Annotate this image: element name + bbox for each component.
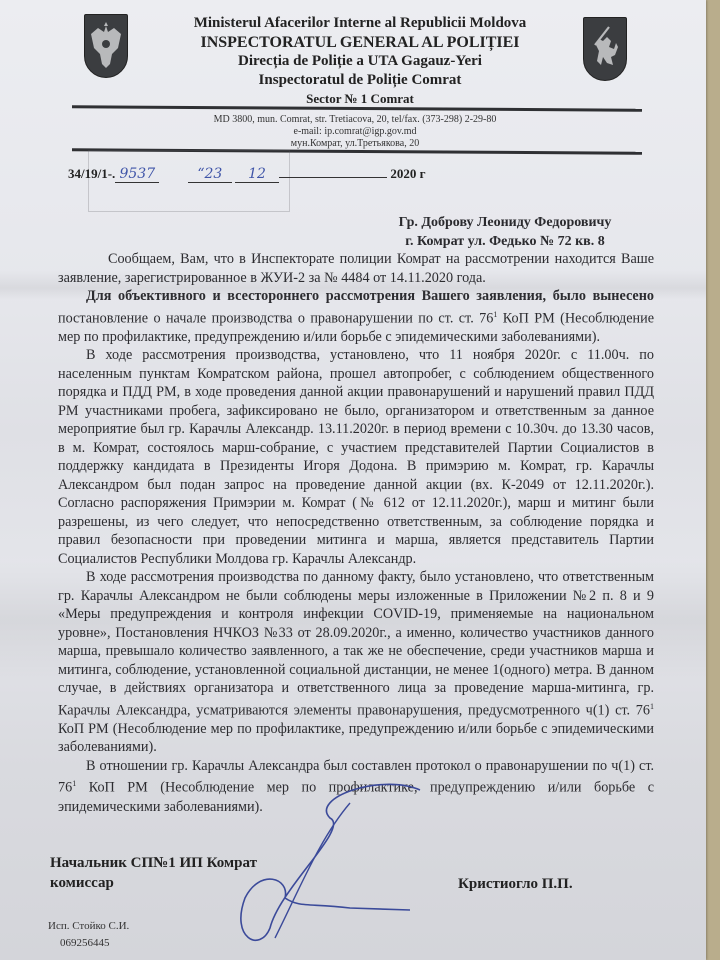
paragraph-2-bold: Для объективного и всестороннего рассмот… bbox=[86, 288, 654, 304]
position-title: Начальник СП№1 ИП Комрат bbox=[50, 853, 257, 873]
date-year: 2020 г bbox=[390, 166, 425, 181]
ministry-name: Ministerul Afacerilor Interne al Republi… bbox=[140, 14, 580, 33]
paragraph-3: В ходе рассмотрения производства, устано… bbox=[58, 346, 654, 568]
letterhead: Ministerul Afacerilor Interne al Republi… bbox=[140, 14, 580, 108]
date-month-handwritten: 12 bbox=[235, 166, 279, 183]
letter-paper: Ministerul Afacerilor Interne al Republi… bbox=[0, 0, 706, 960]
paragraph-1: Сообщаем, Вам, что в Инспекторате полици… bbox=[58, 250, 654, 287]
gagauzia-lion-emblem-icon bbox=[583, 17, 627, 81]
paragraph-2-text: постановление о начале производства о пр… bbox=[58, 310, 493, 326]
contact-email: e-mail: ip.comrat@igp.gov.md bbox=[150, 126, 560, 138]
addressee-name: Гр. Доброву Леониду Федоровичу bbox=[360, 213, 650, 232]
local-inspectorate-name: Inspectoratul de Poliție Comrat bbox=[140, 71, 580, 90]
paragraph-4: В ходе рассмотрения производства по данн… bbox=[58, 568, 654, 757]
paragraph-4-text: В ходе рассмотрения производства по данн… bbox=[58, 569, 654, 718]
reference-prefix: 34/19/1-. bbox=[68, 166, 115, 181]
letter-body: Сообщаем, Вам, что в Инспекторате полици… bbox=[58, 250, 654, 816]
reference-line: 34/19/1-.9537 “23 12 2020 г bbox=[68, 166, 425, 183]
paragraph-4-tail: КоП РМ (Несоблюдение мер по профилактике… bbox=[58, 721, 654, 756]
position-rank: комиссар bbox=[50, 873, 257, 893]
paragraph-2: Для объективного и всестороннего рассмот… bbox=[58, 287, 654, 346]
contact-address: MD 3800, mun. Comrat, str. Tretiacova, 2… bbox=[150, 114, 560, 126]
executor-block: Исп. Стойко С.И. 069256445 bbox=[48, 918, 129, 952]
date-blank-line bbox=[279, 177, 387, 178]
directorate-name: Direcția de Poliție a UTA Gagauz-Yeri bbox=[140, 52, 580, 71]
addressee-address: г. Комрат ул. Федько № 72 кв. 8 bbox=[360, 232, 650, 251]
date-day-handwritten: “23 bbox=[188, 166, 232, 183]
signatory-name: Кристиогло П.П. bbox=[458, 876, 573, 893]
reference-number-handwritten: 9537 bbox=[115, 166, 159, 183]
contact-block: MD 3800, mun. Comrat, str. Tretiacova, 2… bbox=[150, 114, 560, 150]
superscript: 1 bbox=[650, 702, 654, 711]
executor-phone: 069256445 bbox=[48, 935, 129, 952]
signatory-position: Начальник СП№1 ИП Комрат комиссар bbox=[50, 853, 257, 893]
addressee-block: Гр. Доброву Леониду Федоровичу г. Комрат… bbox=[360, 213, 650, 251]
moldova-coat-of-arms-icon bbox=[84, 14, 128, 78]
executor-name: Исп. Стойко С.И. bbox=[48, 918, 129, 935]
inspectorate-name: INSPECTORATUL GENERAL AL POLIȚIEI bbox=[140, 33, 580, 52]
